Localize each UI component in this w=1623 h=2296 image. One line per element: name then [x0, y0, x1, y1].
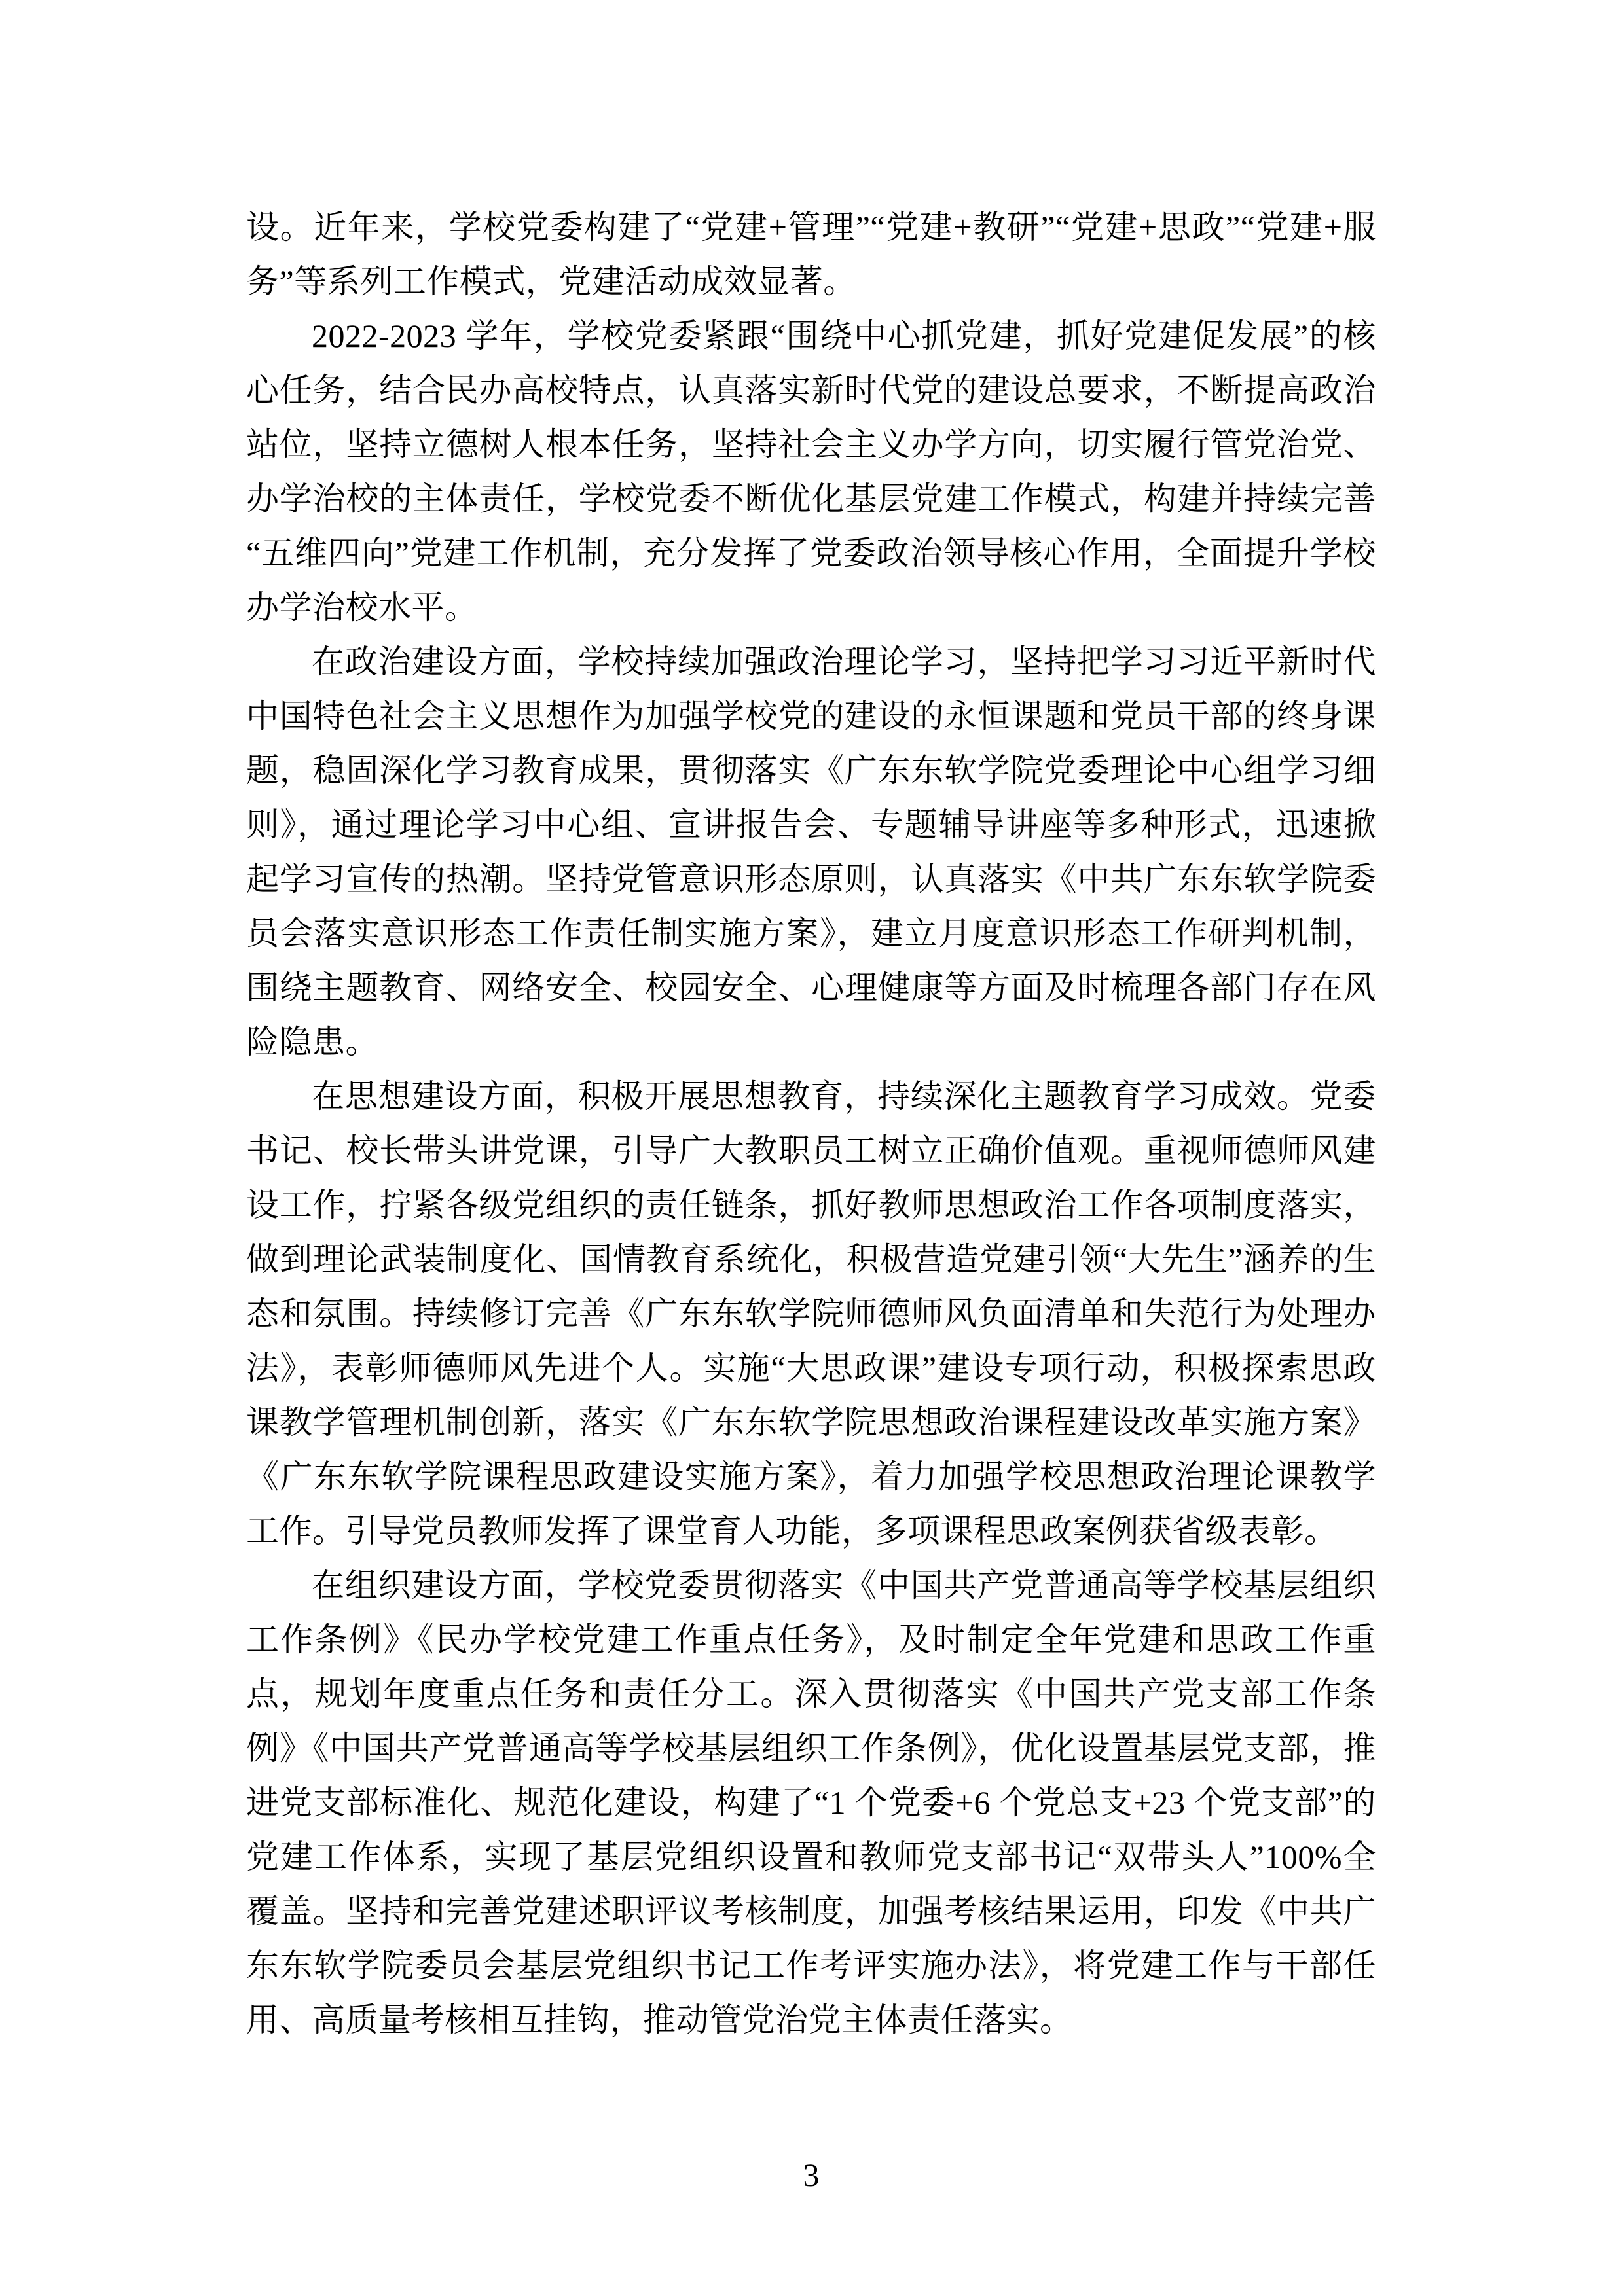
- document-page: 设。近年来，学校党委构建了“党建+管理”“党建+教研”“党建+思政”“党建+服务…: [0, 0, 1623, 2296]
- paragraph: 在思想建设方面，积极开展思想教育，持续深化主题教育学习成效。党委书记、校长带头讲…: [246, 1069, 1376, 1558]
- page-number: 3: [246, 2157, 1376, 2193]
- document-body: 设。近年来，学校党委构建了“党建+管理”“党建+教研”“党建+思政”“党建+服务…: [246, 200, 1376, 2047]
- paragraph: 设。近年来，学校党委构建了“党建+管理”“党建+教研”“党建+思政”“党建+服务…: [246, 200, 1376, 309]
- paragraph: 在组织建设方面，学校党委贯彻落实《中国共产党普通高等学校基层组织工作条例》《民办…: [246, 1558, 1376, 2047]
- paragraph: 在政治建设方面，学校持续加强政治理论学习，坚持把学习习近平新时代中国特色社会主义…: [246, 635, 1376, 1069]
- paragraph: 2022-2023 学年，学校党委紧跟“围绕中心抓党建，抓好党建促发展”的核心任…: [246, 309, 1376, 635]
